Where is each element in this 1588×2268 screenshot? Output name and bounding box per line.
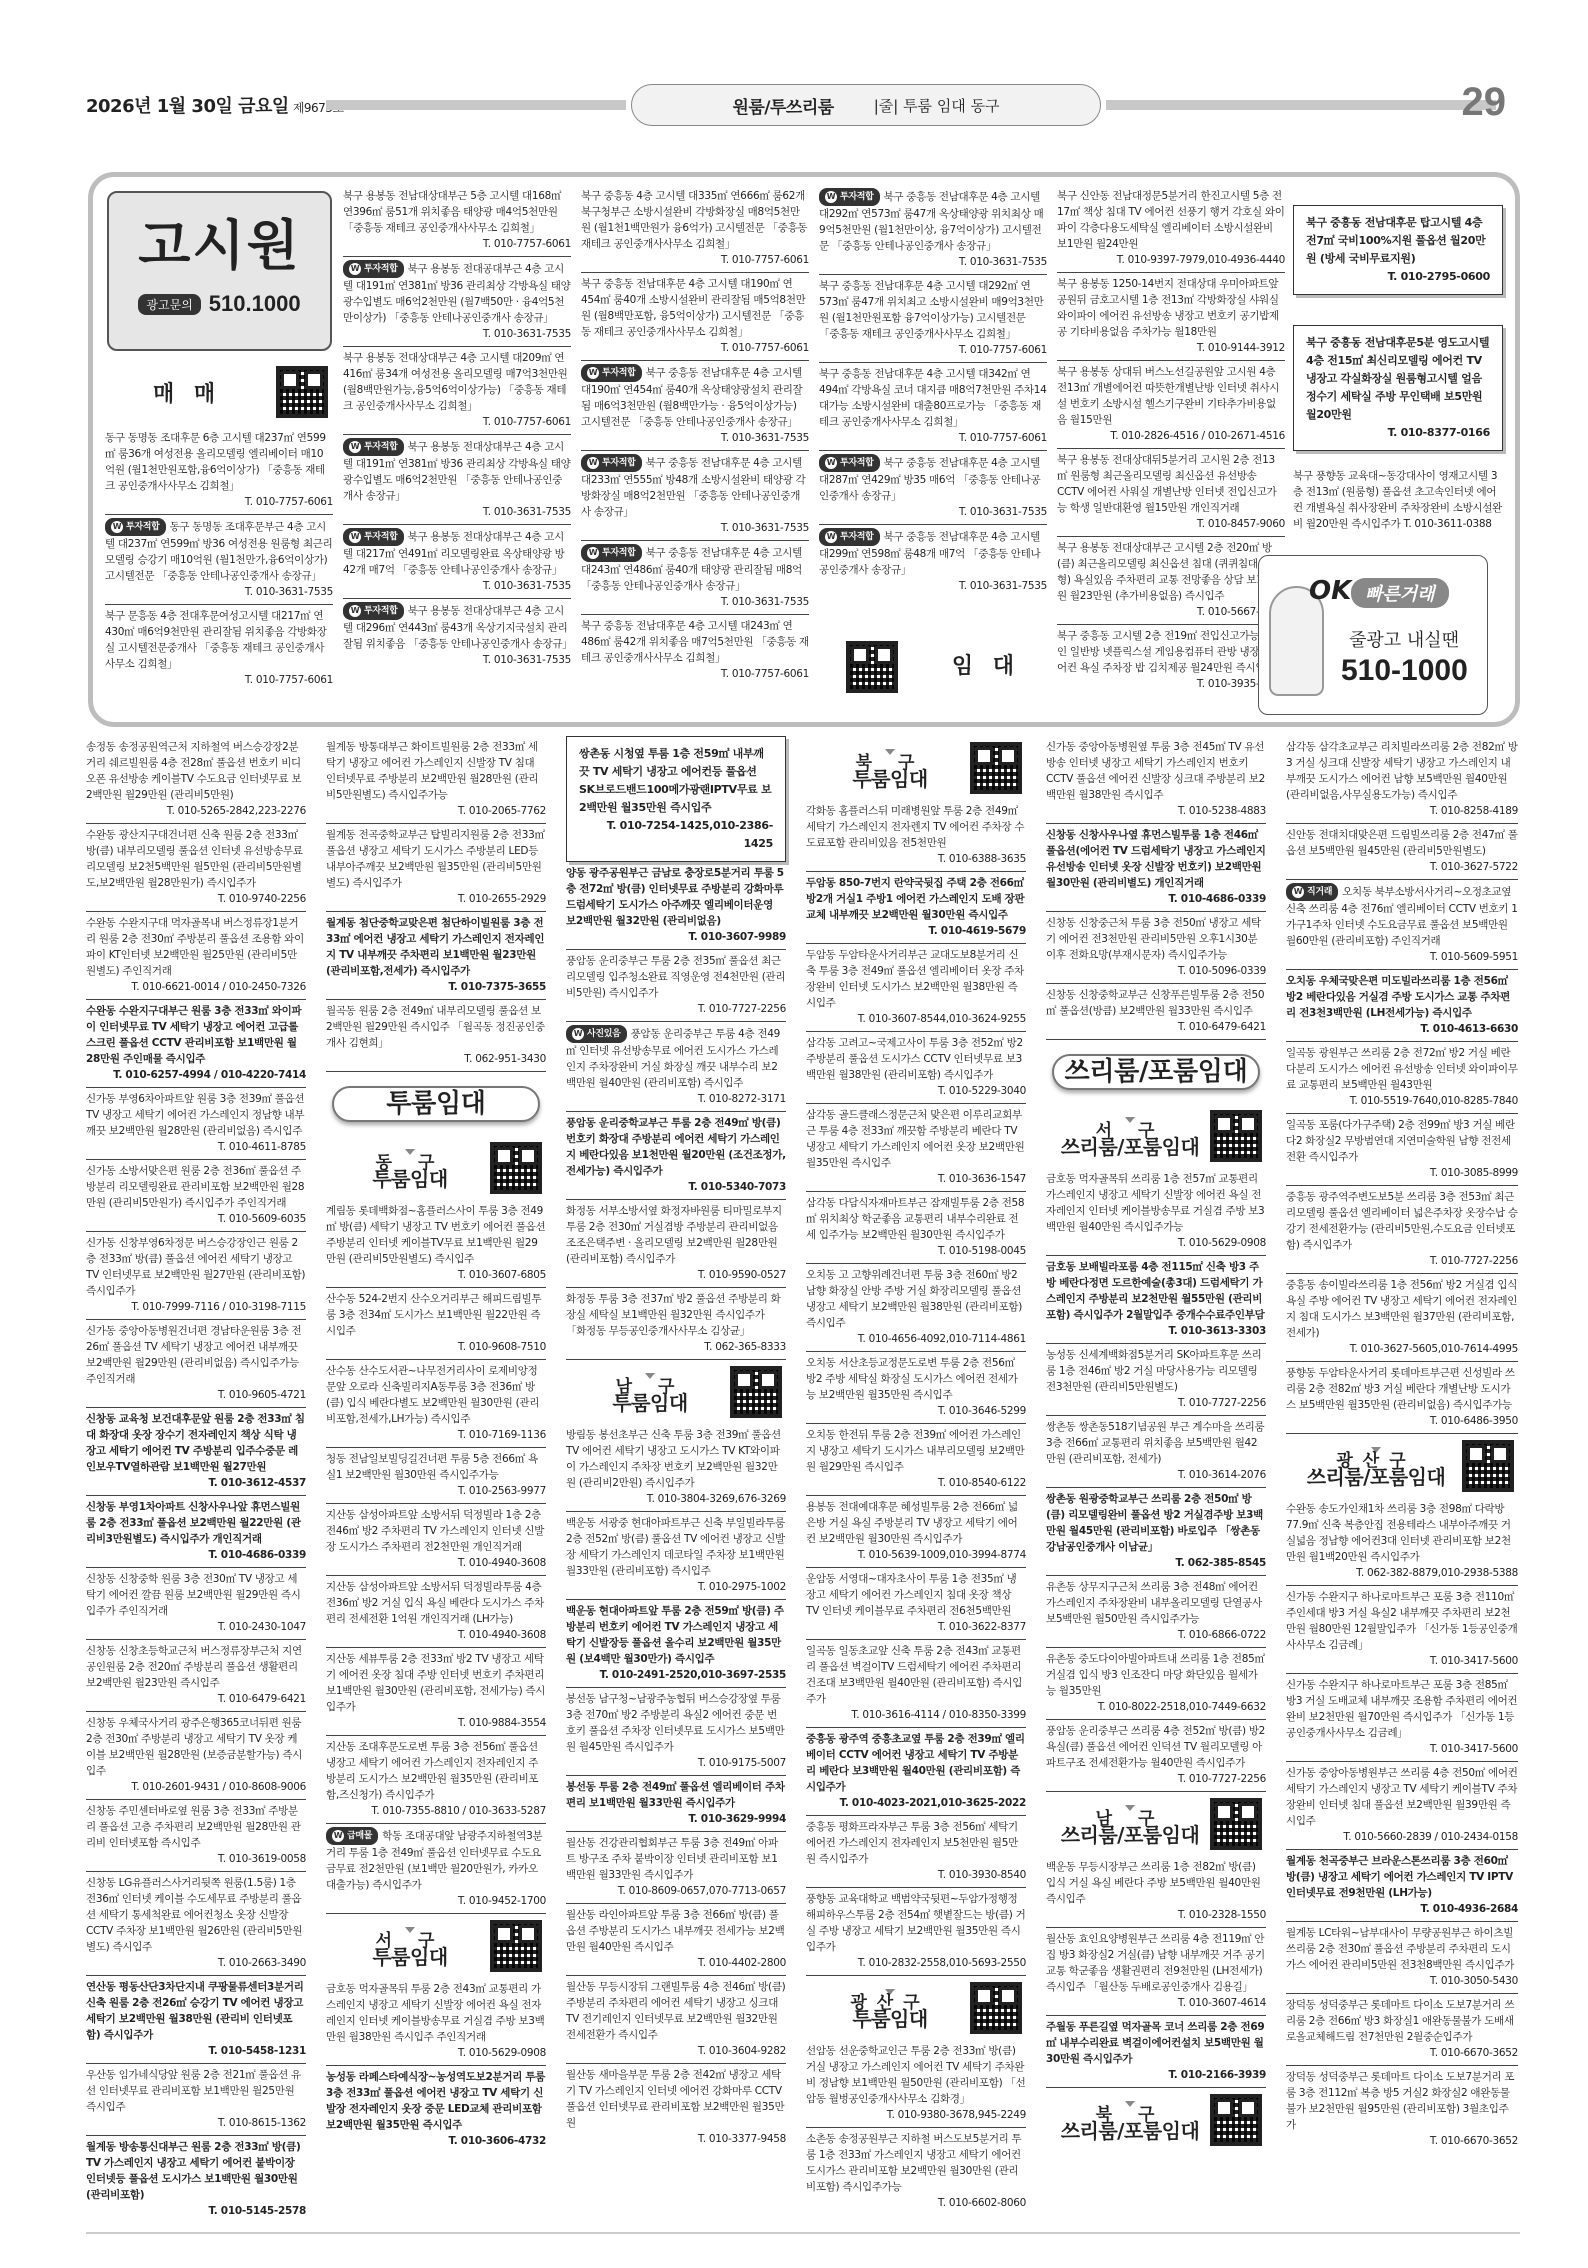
district-heading: 북 구투룸임대: [806, 736, 1026, 800]
listing: 북구 중흥동 4층 고시텔 대335㎡ 연666㎡ 룸62개 북구청부근 소방시…: [581, 185, 809, 273]
listing-text: 중흥동 광주역주변도보5분 쓰리룸 3층 전53㎡ 최근리모델링 풀옵션 엘리베…: [1286, 1191, 1518, 1251]
listing: 월산동 라인아파트앞 투룸 3층 전66㎡ 방(큼) 풀옵션 주방분리 도시가스…: [566, 1904, 786, 1976]
listing-text: 방림동 봉선초부근 신축 투룸 3층 전39㎡ 풀옵션 TV 에어컨 세탁기 냉…: [566, 1429, 781, 1489]
phone-number: T. 010-8258-4189: [1286, 803, 1518, 819]
listing-text: 월산동 새마을부문 투룸 2층 전42㎡ 냉장고 세탁기 TV 가스레인지 인터…: [566, 2069, 784, 2129]
phone-number: T. 010-2826-4516 / 010-2671-4516: [1057, 428, 1285, 444]
phone-number: T. 010-2601-9431 / 010-8608-9006: [86, 1779, 306, 1795]
listing-text: 북구 중흥동 전남대후문 4층 고시텔 대292㎡ 연573㎡ 룸47개 위치최…: [819, 280, 1044, 340]
phone-number: T. 010-8457-9060: [1057, 516, 1285, 532]
qr-code-icon[interactable]: [970, 742, 1022, 794]
listing: 동구 동명동 조대후문 6층 고시텔 대237㎡ 연599㎡ 룸36개 여성전용…: [105, 427, 333, 515]
phone-number: T. 010-5639-1009,010-3994-8774: [806, 1547, 1026, 1563]
phone-number: T. 010-3377-9458: [566, 2131, 786, 2147]
listing: 북구 중흥동 전남대후문 4층 고시텔 대243㎡ 연486㎡ 룸42개 위치좋…: [581, 615, 809, 686]
listing: 월계동 방송통신대부근 원룸 2층 전33㎡ 방(큼) TV 가스레인지 냉장고…: [86, 2136, 306, 2223]
listing: 북구 풍향동 교육대~동강대사이 영재고시텔 3층 전13㎡ (원룸형) 풀옵션…: [1293, 465, 1503, 536]
listing-text: 송정동 송정공원역근처 지하철역 버스승강장2분거리 쉐르빌원룸 4층 전28㎡…: [86, 741, 301, 801]
listing-text: 월산동 건강관리협회부근 투룸 3층 전49㎡ 아파트 방구조 주차 붙박이장 …: [566, 1837, 778, 1881]
phone-number: T. 010-7757-6061: [343, 236, 571, 252]
listing: W직거래오치동 북부소방서사거리~오정초교옆 신축 쓰리룸 4층 전76㎡ 엘리…: [1286, 880, 1518, 970]
listing: 월산동 건강관리협회부근 투룸 3층 전49㎡ 아파트 방구조 주차 붙박이장 …: [566, 1832, 786, 1904]
listing: 유촌동 중도다이아빌아파트내 쓰리룸 1층 전85㎡ 거실겸 입식 방3 인조잔…: [1046, 1648, 1266, 1720]
phone-number: T. 010-4940-3608: [326, 1555, 546, 1571]
listing-text: 풍암동 운리중부근 투룸 2층 전35㎡ 풀옵션 최근리모델링 입주청소완료 직…: [566, 955, 785, 999]
listing: 풍향동 두암타운사거리 롯데마트부근편 신성빌라 쓰리룸 2층 전82㎡ 방3 …: [1286, 1362, 1518, 1434]
listing-text: 북구 중흥동 전남대후문 4층 고시텔 대342㎡ 연494㎡ 각방욕실 코너 …: [819, 368, 1047, 428]
listing-text: 북구 중흥동 전남대후문 4층 고시텔 대190㎡ 연454㎡ 룸40개 소방시…: [581, 278, 806, 338]
listing-text: 북구 용봉동 전대상대부근 고시텔 2층 전20㎡ 방(큼) 최근올리모델링 최…: [1057, 542, 1279, 602]
phone-number: T. 010-3631-7535: [343, 504, 571, 520]
phone-number: T. 010-3613-3303: [1046, 1323, 1266, 1339]
listing-text: 유촌동 중도다이아빌아파트내 쓰리룸 1층 전85㎡ 거실겸 입식 방3 인조잔…: [1046, 1653, 1265, 1697]
header-rule-left: [326, 100, 626, 110]
listing-text: 중흥동 송이빌라쓰리룸 1층 전56㎡ 방2 거실겸 입식 욕실 주방 에어컨 …: [1286, 1279, 1517, 1339]
listing: 월산동 효인요양병원부근 쓰리룸 4층 전119㎡ 안집 방3 화장실2 거실(…: [1046, 1928, 1266, 2016]
listings-col-3: 쌍촌동 시청옆 투룸 1층 전59㎡ 내부깨끗 TV 세탁기 냉장고 에어컨등 …: [566, 736, 786, 2151]
badge-icon: W투자적합: [581, 544, 642, 562]
listing-text: 연산동 평동산단3차단지내 쿠팡물류센터3분거리 신축 원룸 2층 전26㎡ 승…: [86, 1981, 304, 2041]
listing-text: 중흥동 평화프라자부근 투룸 3층 전56㎡ 세탁기 에어컨 가스레인지 전자레…: [806, 1821, 1018, 1865]
listing: 백운동 서광중 현대아파트부근 신축 부일빌라투룸 2층 전52㎡ 방(큼) 풀…: [566, 1512, 786, 1600]
phone-number: T. 010-3631-7535: [581, 520, 809, 536]
listings-col-5: 신가동 중앙아동병원옆 투룸 3층 전45㎡ TV 유선방송 인터넷 냉장고 세…: [1046, 736, 1266, 2152]
phone-number: T. 010-3612-4537: [86, 1475, 306, 1491]
phone-number: T. 010-3622-8377: [806, 1619, 1026, 1635]
sale-heading: 매 매: [113, 362, 328, 422]
listing: 지산동 조대후문도로변 투룸 3층 전56㎡ 풀옵션 냉장고 세탁기 에어컨 가…: [326, 1736, 546, 1824]
district-heading: 남 구쓰리룸/포룸임대: [1046, 1792, 1266, 1856]
phone-number: T. 010-7254-1425,010-2386-1425: [579, 817, 773, 853]
listing: 산수동 524-2번지 산수오거리부근 해피드림빌투룸 3층 전34㎡ 도시가스…: [326, 1288, 546, 1360]
listing-text: 청동 전남일보빌딩길건너편 투룸 5층 전66㎡ 욕실1 보2백만원 월30만원…: [326, 1453, 538, 1481]
qr-code-icon[interactable]: [490, 1920, 542, 1972]
listing-text: 두암동 두암타운사거리부근 교대도보8분거리 신축 투룸 3층 전49㎡ 풀옵션…: [806, 949, 1024, 1009]
phone-number: T. 010-5198-0045: [806, 1243, 1026, 1259]
listing-text: 쌍촌동 쌍촌동518기념공원 부근 계수마을 쓰리룸 3층 전66㎡ 교통편리 …: [1046, 1421, 1264, 1465]
listing-text: 신가동 중앙아동병원건너편 경남타운원룸 3층 전26㎡ 풀옵션 TV 세탁기 …: [86, 1325, 301, 1385]
phone-number: T. 062-951-3430: [326, 1051, 546, 1067]
listing: 장덕동 성덕중부근 롯데마트 다이소 도보7분거리 포룸 3층 전112㎡ 복층…: [1286, 2066, 1518, 2153]
phone-number: T. 010-2563-9977: [326, 1483, 546, 1499]
fast-deal-label: 빠른거래: [1351, 578, 1449, 608]
category-name: 투룸임대: [810, 771, 970, 787]
phone-number: T. 010-7355-8810 / 010-3633-5287: [326, 1803, 546, 1819]
listing-text: 두암동 850-7번지 란약국뒷집 주택 2층 전66㎡ 방2개 거실1 주방1…: [806, 877, 1024, 921]
listing-text: 봉선동 남구청~남광주농협뒤 버스승강장옆 투룸 3층 전70㎡ 방2 주방분리…: [566, 1693, 784, 1753]
badge-icon: W투자적합: [819, 528, 880, 546]
category-name: 투룸임대: [810, 2011, 970, 2027]
listing: 신창동 LG유플러스사거리뒷쪽 원룸(1.5룸) 1층 전36㎡ 인터넷 케이블…: [86, 1872, 306, 1976]
phone-number: T. 010-5660-2839 / 010-2434-0158: [1286, 1829, 1518, 1845]
listing-text: 오치동 한전뒤 투룸 2층 전39㎡ 에어컨 가스레인지 냉장고 세탁기 도시가…: [806, 1429, 1024, 1473]
phone-number: T. 010-3804-3269,676-3269: [566, 1491, 786, 1507]
phone-number: T. 010-7757-6061: [819, 430, 1047, 446]
listing: 풍암동 운리중학교부근 투룸 2층 전49㎡ 방(큼) 번호키 화장대 주방분리…: [566, 1112, 786, 1200]
listing: 신창동 신창중학 원룸 3층 전30㎡ TV 냉장고 세탁기 에어컨 깔끔 원룸…: [86, 1568, 306, 1640]
phone-number: T. 010-3646-5299: [806, 1403, 1026, 1419]
category-name: 쓰리룸/포룸임대: [1050, 1139, 1210, 1155]
listing: W투자적합북구 용봉동 전대상대부근 4층 고시텔 대191㎡ 연381㎡ 방3…: [343, 435, 571, 525]
listing: 북구 중흥동 전남대후문 4층 고시텔 대292㎡ 연573㎡ 룸47개 위치최…: [819, 275, 1047, 363]
listing: 삼각동 고려고~국제고사이 투룸 3층 전52㎡ 방2 주방분리 풀옵션 도시가…: [806, 1032, 1026, 1104]
listing-text: 월계동 방통대부근 화이트빌원룸 2층 전33㎡ 세탁기 냉장고 에어컨 가스레…: [326, 741, 538, 801]
phone-number: T. 010-3607-6805: [326, 1267, 546, 1283]
listing: 중흥동 송이빌라쓰리룸 1층 전56㎡ 방2 거실겸 입식 욕실 주방 에어컨 …: [1286, 1274, 1518, 1362]
badge-icon: W투자적합: [819, 454, 880, 472]
phone-number: T. 010-7757-6061: [581, 666, 809, 682]
district-heading: 동 구투룸임대: [326, 1136, 546, 1200]
listing-text: 중흥동 광주역 중흥초교옆 투룸 2층 전39㎡ 엘리베이터 CCTV 에어컨 …: [806, 1733, 1025, 1793]
listing: 삼각동 다담식자재마트부근 잠재빌투룸 2층 전58㎡ 위치최상 학군좋음 교통…: [806, 1192, 1026, 1264]
phone-number: T. 010-9380-3678,945-2249: [806, 2107, 1026, 2123]
listing: 월계동 첨단중학교맞은편 첨단하이빌원룸 3층 전33㎡ 에어컨 냉장고 세탁기…: [326, 912, 546, 1000]
listing: 송정동 송정공원역근처 지하철역 버스승강장2분거리 쉐르빌원룸 4층 전28㎡…: [86, 736, 306, 824]
listing: 풍향동 교육대학교 백범약국뒷편~두암가정행정 해피하우스투룸 2층 전54㎡ …: [806, 1888, 1026, 1976]
listing-text: 북구 중흥동 고시텔 2층 전19㎡ 전입신고가능 직장인 일반방 넷플릭스설 …: [1057, 630, 1282, 674]
listing: 오치동 한전뒤 투룸 2층 전39㎡ 에어컨 가스레인지 냉장고 세탁기 도시가…: [806, 1424, 1026, 1496]
qr-code-icon[interactable]: [1210, 1110, 1262, 1162]
listing: W투자적합북구 용봉동 전대상대부근 4층 고시텔 대296㎡ 연443㎡ 룸4…: [343, 599, 571, 672]
footer-rule: [86, 2232, 1520, 2234]
listing-text: 북구 용봉동 전대상대뒤5분거리 고시원 2층 전13㎡ 원룸형 최근올리모델링…: [1057, 454, 1276, 514]
phone-number: T. 010-3627-5605,010-7614-4995: [1286, 1341, 1518, 1357]
phone-number: T. 010-6602-8060: [806, 2195, 1026, 2211]
listing-text: 백운동 현대아파트앞 투룸 2층 전59㎡ 방(큼) 주방분리 번호키 에어컨 …: [566, 1605, 784, 1665]
qr-code-icon[interactable]: [276, 366, 328, 418]
listing-text: 신가동 중앙아동병원부근 쓰리룸 4층 전50㎡ 에어컨 세탁기 가스레인지 냉…: [1286, 1767, 1518, 1827]
phone-number: T. 010-9740-2256: [86, 891, 306, 907]
listing-text: 소촌동 송정공원부근 지하철 버스도보5분거리 투룸 1층 전33㎡ 가스레인지…: [806, 2133, 1021, 2193]
gosiwon-col-1: 동구 동명동 조대후문 6층 고시텔 대237㎡ 연599㎡ 룸36개 여성전용…: [105, 427, 333, 692]
listing: 유촌동 상무지구근처 쓰리룸 3층 전48㎡ 에어컨 가스레인지 주차장완비 내…: [1046, 1576, 1266, 1648]
listing: 지산동 삼성아파트앞 소방서뒤 덕정빌라 1층 2층 전46㎡ 방2 주차편리 …: [326, 1504, 546, 1576]
inquiry-number: 510.1000: [209, 291, 301, 317]
listing-text: 백운동 무등시장부근 쓰리룸 1층 전82㎡ 방(큼) 입식 거실 욕실 베란다…: [1046, 1861, 1261, 1905]
page-header: 2026년 1월 30일 금요일제9673호 원룸/투쓰리룸 |줄| 투룸 임대…: [86, 82, 1506, 128]
header-rule-right: [1106, 100, 1496, 110]
phone-number: T. 010-5265-2842,223-2276: [86, 803, 306, 819]
badge-icon: W투자적합: [343, 438, 404, 456]
phone-number: T. 010-7757-6061: [819, 342, 1047, 358]
listing: 북구 신안동 전남대정문5분거리 한진고시텔 5층 전17㎡ 책상 침대 TV …: [1057, 185, 1285, 273]
listing: 신창동 부영1차아파트 신창사우나앞 휴먼스빌원룸 2층 전33㎡ 풀옵션 보2…: [86, 1496, 306, 1568]
listing: 수완동 송도가인채1차 쓰리룸 3층 전98㎡ 다락방 77.9㎡ 신축 복층안…: [1286, 1498, 1518, 1586]
phone-number: T. 010-9590-0527: [566, 1267, 786, 1283]
ok-fast-deal-ad: OK 빠른거래 줄광고 내실땐 510-1000: [1258, 555, 1488, 715]
qr-code-icon[interactable]: [970, 1982, 1022, 2034]
listing: 신창동 신창초등학교근처 버스정류장부근처 지연공인원룸 2층 전20㎡ 주방분…: [86, 1640, 306, 1712]
listing: 삼각동 삼각초교부근 리치빌라쓰리룸 2층 전82㎡ 방3 거실 싱크대 신발장…: [1286, 736, 1518, 824]
listing-text: 운암동 서영대~대자초사이 투룸 1층 전35㎡ 냉장고 세탁기 에어컨 가스레…: [806, 1573, 1017, 1617]
listing: 각화동 홈플러스뒤 미래병원앞 투룸 2층 전49㎡ 세탁기 가스레인지 전자렌…: [806, 800, 1026, 872]
phone-number: T. 010-6479-6421: [1046, 1019, 1266, 1035]
listing-text: 장덕동 성덕중부근 롯데마트 다이소 도보7분거리 쓰리룸 2층 전66㎡ 방3…: [1286, 1999, 1514, 2043]
district-heading: 북 구쓰리룸/포룸임대: [1046, 2088, 1266, 2152]
listing-text: 금호동 먹자골목뒤 쓰리룸 1층 전57㎡ 교통편리 가스레인지 냉장고 세탁기…: [1046, 1173, 1264, 1233]
qr-code-icon[interactable]: [1210, 2094, 1262, 2146]
listing-text: 북구 신안동 전남대정문5분거리 한진고시텔 5층 전17㎡ 책상 침대 TV …: [1057, 190, 1285, 250]
phone-number: T. 010-5629-0908: [326, 2045, 546, 2061]
phone-number: T. 010-5096-0339: [1046, 963, 1266, 979]
phone-number: T. 010-3085-8999: [1286, 1165, 1518, 1181]
phone-number: T. 010-7757-6061: [581, 252, 809, 268]
listings-col-2: 월계동 방통대부근 화이트빌원룸 2층 전33㎡ 세탁기 냉장고 에어컨 가스레…: [326, 736, 546, 2153]
listing-text: 일곡동 광원부근 쓰리룸 2층 전72㎡ 방2 거실 베란다분리 도시가스 에어…: [1286, 1047, 1518, 1091]
listing: 장덕동 성덕중부근 롯데마트 다이소 도보7분거리 쓰리룸 2층 전66㎡ 방3…: [1286, 1994, 1518, 2066]
phone-number: T. 010-3631-7535: [581, 430, 809, 446]
category-banner: 쓰리룸/포룸임대: [1052, 1054, 1260, 1090]
phone-number: T. 010-2328-1550: [1046, 1907, 1266, 1923]
listing: 백운동 무등시장부근 쓰리룸 1층 전82㎡ 방(큼) 입식 거실 욕실 베란다…: [1046, 1856, 1266, 1928]
phone-number: T. 010-7757-6061: [105, 672, 333, 688]
phone-number: T. 010-4940-3608: [326, 1627, 546, 1643]
qr-code-icon[interactable]: [1210, 1798, 1262, 1850]
phone-number: T. 010-4613-6630: [1286, 1021, 1518, 1037]
gosiwon-col-2: 북구 용봉동 전남대상대부근 5층 고시텔 대168㎡ 연396㎡ 룸51개 위…: [343, 185, 571, 672]
phone-number: T. 010-3614-2076: [1046, 1467, 1266, 1483]
inquiry-label: 광고문의: [138, 294, 200, 315]
badge-icon: W투자적합: [581, 454, 642, 472]
district-heading: 서 구투룸임대: [326, 1914, 546, 1978]
listing-text: 북구 중흥동 4층 고시텔 대335㎡ 연666㎡ 룸62개 북구청부근 소방시…: [581, 190, 807, 250]
listing: 중흥동 광주역주변도보5분 쓰리룸 3층 전53㎡ 최근리모델링 풀옵션 엘리베…: [1286, 1186, 1518, 1274]
listing: 일곡동 포룸(다가구주택) 2층 전99㎡ 방3 거실 베란다2 화장실2 무방…: [1286, 1114, 1518, 1186]
badge-icon: W사진있음: [566, 1025, 627, 1043]
rental-listings: 송정동 송정공원역근처 지하철역 버스승강장2분거리 쉐르빌원룸 4층 전28㎡…: [86, 736, 1520, 2236]
category-name: 쓰리룸/포룸임대: [1050, 2123, 1210, 2139]
phone-number: T. 010-3417-5600: [1286, 1741, 1518, 1757]
badge-icon: W투자적합: [581, 364, 642, 382]
phone-number: T. 010-4656-4092,010-7114-4861: [806, 1331, 1026, 1347]
listing: 신가동 수완지구 하나로마트부근 포룸 3층 전110㎡ 주인세대 방3 거실 …: [1286, 1586, 1518, 1674]
listing-text: 농성동 라페스타예식장~농성역도보2분거리 투룸 3층 전33㎡ 풀옵션 에어컨…: [326, 2071, 545, 2131]
listing-text: 백운동 서광중 현대아파트부근 신축 부일빌라투룸 2층 전52㎡ 방(큼) 풀…: [566, 1517, 785, 1577]
listing: 월계동 천곡중부근 브라운스톤쓰리룸 3층 전60㎡ 방(큼) 냉장고 세탁기 …: [1286, 1850, 1518, 1922]
gosiwon-col-4: W투자적합북구 중흥동 전남대후문 4층 고시텔 대292㎡ 연573㎡ 룸47…: [819, 185, 1047, 598]
listing-text: 신창동 교육청 보건대후문앞 원룸 2층 전33㎡ 침대 화장대 옷장 장수기 …: [86, 1413, 305, 1473]
listing-text: 산수동 524-2번지 산수오거리부근 해피드림빌투룸 3층 전34㎡ 도시가스…: [326, 1293, 541, 1337]
listing: 금호동 보배빌라포룸 4층 전115㎡ 신축 방3 주방 베란다정면 도르한예술…: [1046, 1256, 1266, 1344]
listing-text: 지산동 삼성아파트앞 소방서뒤 덕정빌라 1층 2층 전46㎡ 방2 주차편리 …: [326, 1509, 544, 1553]
listing: 월곡동 원룸 2층 전49㎡ 내부리모델링 풀옵션 보2백만원 월29만원 즉시…: [326, 1000, 546, 1072]
listing-text: 신창동 신창초등학교근처 버스정류장부근처 지연공인원룸 2층 전20㎡ 주방분…: [86, 1645, 302, 1689]
qr-code-icon[interactable]: [490, 1142, 542, 1194]
listing: 신가동 중앙아동병원건너편 경남타운원룸 3층 전26㎡ 풀옵션 TV 세탁기 …: [86, 1320, 306, 1408]
phone-number: T. 010-5609-6035: [86, 1211, 306, 1227]
listing-text: 월계동 천곡중부근 브라운스톤쓰리룸 3층 전60㎡ 방(큼) 냉장고 세탁기 …: [1286, 1855, 1513, 1899]
listing: 신창동 우체국사거리 광주은행365코너뒤편 원룸 2층 전30㎡ 주방분리 냉…: [86, 1712, 306, 1800]
qr-code-icon[interactable]: [730, 1366, 782, 1418]
phone-number: T. 010-6621-0014 / 010-2450-7326: [86, 979, 306, 995]
listing-text: 신창동 신창중학 원룸 3층 전30㎡ TV 냉장고 세탁기 에어컨 깔끔 원룸…: [86, 1573, 301, 1617]
listing: 일곡동 일동초교앞 신축 투룸 2층 전43㎡ 교통편리 풀옵션 벽걸이TV 드…: [806, 1640, 1026, 1728]
listing-text: 신가동 수완지구 하나로마트부근 포룸 3층 전110㎡ 주인세대 방3 거실 …: [1286, 1591, 1517, 1651]
listing-text: 삼각동 고려고~국제고사이 투룸 3층 전52㎡ 방2 주방분리 풀옵션 도시가…: [806, 1037, 1023, 1081]
section-banner: 원룸/투쓰리룸 |줄| 투룸 임대 동구: [631, 84, 1101, 126]
district-heading: 남 구투룸임대: [566, 1360, 786, 1424]
listing-text: 봉선동 투룸 2층 전49㎡ 풀옵션 엘리베이터 주차편리 보1백만원 월33만…: [566, 1781, 785, 1809]
phone-number: T. 010-2832-2558,010-5693-2550: [806, 1955, 1026, 1971]
listing: 북구 용봉동 상대뒤 버스노선길공원앞 고시원 4층 전13㎡ 개별에어컨 따뜻…: [1057, 361, 1285, 449]
phone-number: T. 010-7727-2256: [1046, 1771, 1266, 1787]
listing-text: 수완동 수완지구대 먹자골목내 버스정류장1분거리 원룸 2층 전30㎡ 주방분…: [86, 917, 304, 977]
listing-text: 월계동 방송통신대부근 원룸 2층 전33㎡ 방(큼) TV 가스레인지 냉장고…: [86, 2141, 300, 2201]
listing: W급매물학동 조대공대앞 남광주지하철역3분거리 투룸 1층 전49㎡ 풀옵션 …: [326, 1824, 546, 1914]
listing-text: 신안동 전대치대맞은편 드림빌쓰리룸 2층 전47㎡ 풀옵션 보5백만원 월45…: [1286, 829, 1518, 857]
listing-text: 유촌동 상무지구근처 쓰리룸 3층 전48㎡ 에어컨 가스레인지 주차장완비 내…: [1046, 1581, 1262, 1625]
listing-text: 신가동 신창부영6차정문 버스승강장인근 원룸 2층 전33㎡ 방(큼) 풀옵션…: [86, 1237, 305, 1297]
listing-text: 일곡동 포룸(다가구주택) 2층 전99㎡ 방3 거실 베란다2 화장실2 무방…: [1286, 1119, 1515, 1163]
phone-number: T. 010-2166-3939: [1046, 2067, 1266, 2083]
listing: W투자적합북구 용봉동 전대상대부근 4층 고시텔 대217㎡ 연491㎡ 리모…: [343, 525, 571, 599]
listing-text: 풍암동 운리중학교부근 투룸 2층 전49㎡ 방(큼) 번호키 화장대 주방분리…: [566, 1117, 786, 1177]
listing: 수완동 광산지구대건너편 신축 원룸 2층 전33㎡ 방(큼) 내부리모델링 풀…: [86, 824, 306, 912]
listing: 용봉동 전대예대후문 혜성빌투룸 2층 전66㎡ 넓은방 거실 욕실 주방분리 …: [806, 1496, 1026, 1568]
phone-number: T. 010-5667-7968: [1057, 604, 1285, 620]
listing: 신안동 전대치대맞은편 드림빌쓰리룸 2층 전47㎡ 풀옵션 보5백만원 월45…: [1286, 824, 1518, 880]
phone-number: T. 010-6257-4994 / 010-4220-7414: [86, 1067, 306, 1083]
listing-text: 오치동 우체국맞은편 미도빌라쓰리룸 1층 전56㎡ 방2 베란다있음 거실겸 …: [1286, 975, 1510, 1019]
listing-text: 삼각동 삼각초교부근 리치빌라쓰리룸 2층 전82㎡ 방3 거실 싱크대 신발장…: [1286, 741, 1518, 801]
phone-number: T. 010-3631-7535: [581, 594, 809, 610]
phone-number: T. 010-3607-9989: [566, 929, 786, 945]
listing-text: 계림동 롯데백화점~홈플러스사이 투룸 3층 전49㎡ 방(큼) 세탁기 냉장고…: [326, 1205, 545, 1265]
ad-line: 줄광고 내실땐: [1349, 626, 1459, 652]
listing-text: 동구 동명동 조대후문 6층 고시텔 대237㎡ 연599㎡ 룸36개 여성전용…: [105, 432, 326, 492]
phone-number: T. 010-3636-1547: [806, 1171, 1026, 1187]
listing: 오치동 서산초등교정문도로변 투룸 2층 전56㎡ 방2 주방 세탁실 화장실 …: [806, 1352, 1026, 1424]
badge-icon: W투자적합: [819, 188, 880, 206]
listing: 월계동 LC타워~남부대사이 무량공원부근 하이츠빌쓰리룸 2층 전30㎡ 풀옵…: [1286, 1922, 1518, 1994]
listing: 북구 용봉동 전대상대부근 고시텔 2층 전20㎡ 방(큼) 최근올리모델링 최…: [1057, 537, 1285, 625]
phone-number: T. 010-3629-9994: [566, 1811, 786, 1827]
listing: 오치동 고 고향위례건너편 투룸 3층 전60㎡ 방2 남향 화장실 안방 주방…: [806, 1264, 1026, 1352]
listing-text: 화정동 서부소방서옆 화정자바원룸 티마밀로부지 투룸 2층 전30㎡ 거실겸방…: [566, 1205, 782, 1265]
ok-text: OK: [1309, 576, 1351, 606]
listing-text: 북구 용봉동 전대상대부근 4층 고시텔 대209㎡ 연416㎡ 룸34개 여성…: [343, 352, 568, 412]
listing-text: 우산동 임가네식당앞 원룸 2층 전21㎡ 풀옵션 유선 인터넷무료 관리비포함…: [86, 2069, 301, 2113]
listing: 신창동 신창사우나옆 휴먼스빌투룸 1층 전46㎡ 풀옵션(에어컨 TV 드럼세…: [1046, 824, 1266, 912]
listing: W투자적합동구 동명동 조대후문부근 4층 고시텔 대237㎡ 연599㎡ 방3…: [105, 515, 333, 605]
category-name: 쓰리룸/포룸임대: [1050, 1827, 1210, 1843]
listing-text: 신가동 소방서맞은편 원룸 2층 전36㎡ 풀옵션 주방분리 리모델링완료 관리…: [86, 1165, 304, 1209]
listing-text: 지산동 조대후문도로변 투룸 3층 전56㎡ 풀옵션 냉장고 세탁기 에어컨 가…: [326, 1741, 538, 1801]
listing: 일곡동 광원부근 쓰리룸 2층 전72㎡ 방2 거실 베란다분리 도시가스 에어…: [1286, 1042, 1518, 1114]
listing: 봉선동 투룸 2층 전49㎡ 풀옵션 엘리베이터 주차편리 보1백만원 월33만…: [566, 1776, 786, 1832]
listing: 신가동 부영6차아파트앞 원룸 3층 전39㎡ 풀옵션 TV 냉장고 세탁기 에…: [86, 1088, 306, 1160]
listing-text: 신창동 주민센터바로옆 원룸 3층 전33㎡ 주방분리 풀옵션 고층 주차편리 …: [86, 1805, 301, 1849]
category-name: 투룸임대: [330, 1171, 490, 1187]
listing-text: 신창동 부영1차아파트 신창사우나앞 휴먼스빌원룸 2층 전33㎡ 풀옵션 보2…: [86, 1501, 301, 1545]
phone-number: T. 010-3417-5600: [1286, 1653, 1518, 1669]
listing: 연산동 평동산단3차단지내 쿠팡물류센터3분거리 신축 원룸 2층 전26㎡ 승…: [86, 1976, 306, 2064]
phone-number: T. 010-8272-3171: [566, 1091, 786, 1107]
listing: 금호동 먹자골목뒤 투룸 2층 전43㎡ 교통편리 가스레인지 냉장고 세탁기 …: [326, 1978, 546, 2066]
ad-inquiry: 광고문의 510.1000: [109, 291, 330, 317]
phone-number: T. 010-9175-5007: [566, 1755, 786, 1771]
phone-number: T. 010-5629-0908: [1046, 1235, 1266, 1251]
qr-code-icon[interactable]: [1462, 1440, 1514, 1492]
listing-text: 수완동 광산지구대건너편 신축 원룸 2층 전33㎡ 방(큼) 내부리모델링 풀…: [86, 829, 303, 889]
listing-text: 풍향동 두암타운사거리 롯데마트부근편 신성빌라 쓰리룸 2층 전82㎡ 방3 …: [1286, 1367, 1515, 1411]
phone-number: T. 010-7375-3655: [326, 979, 546, 995]
phone-number: T. 062-365-8333: [566, 1339, 786, 1355]
listing: 북구 문흥동 4층 전대후문여성고시텔 대217㎡ 연430㎡ 매6억9천만원 …: [105, 605, 333, 692]
phone-number: T. 010-2491-2520,010-3697-2535: [566, 1667, 786, 1683]
listings-col-6: 삼각동 삼각초교부근 리치빌라쓰리룸 2층 전82㎡ 방3 거실 싱크대 신발장…: [1286, 736, 1518, 2153]
listing: 청동 전남일보빌딩길건너편 투룸 5층 전66㎡ 욕실1 보2백만원 월30만원…: [326, 1448, 546, 1504]
listing: 백운동 현대아파트앞 투룸 2층 전59㎡ 방(큼) 주방분리 번호키 에어컨 …: [566, 1600, 786, 1688]
listing: 북구 중흥동 고시텔 2층 전19㎡ 전입신고가능 직장인 일반방 넷플릭스설 …: [1057, 625, 1285, 696]
phone-number: T. 010-7727-2256: [566, 1001, 786, 1017]
phone-number: T. 010-6670-3652: [1286, 2045, 1518, 2061]
listing-text: 신가동 수완지구 하나로마트부근 포룸 3층 전85㎡ 방3 거실 도배교체 내…: [1286, 1679, 1517, 1739]
listing: 쌍촌동 원광중학교부근 쓰리룸 2층 전50㎡ 방(큼) 리모델링완비 풀옵션 …: [1046, 1488, 1266, 1576]
listing: 월산동 무등시장뒤 그랜빌투룸 4층 전46㎡ 방(큼) 주방분리 주차편리 에…: [566, 1976, 786, 2064]
phone-number: T. 010-3631-7535: [105, 584, 333, 600]
listing-text: 신창동 LG유플러스사거리뒷쪽 원룸(1.5룸) 1층 전36㎡ 인터넷 케이블…: [86, 1877, 302, 1953]
listing: W투자적합북구 용봉동 전대공대부근 4층 고시텔 대191㎡ 연381㎡ 방3…: [343, 257, 571, 347]
phone-number: T. 010-5609-5951: [1286, 949, 1518, 965]
phone-number: T. 010-4686-0339: [1046, 891, 1266, 907]
badge-icon: W투자적합: [343, 602, 404, 620]
phone-number: T. 010-6388-3635: [806, 851, 1026, 867]
listing-text: 신창동 신창중근처 투룸 3층 전50㎡ 냉장고 세탁기 에어컨 전3천만원 관…: [1046, 917, 1261, 961]
section-title: 원룸/투쓰리룸: [732, 93, 833, 118]
listing: 신창동 교육청 보건대후문앞 원룸 2층 전33㎡ 침대 화장대 옷장 장수기 …: [86, 1408, 306, 1496]
listing: 산수동 산수도서관~나무전거리사이 로제비앙정문앞 오로라 신축빌리지A동투룸 …: [326, 1360, 546, 1448]
listing-text: 용봉동 전대예대후문 혜성빌투룸 2층 전66㎡ 넓은방 거실 욕실 주방분리 …: [806, 1501, 1018, 1545]
listing: 오치동 우체국맞은편 미도빌라쓰리룸 1층 전56㎡ 방2 베란다있음 거실겸 …: [1286, 970, 1518, 1042]
listing-text: 북구 중흥동 전남대후문 4층 고시텔 대243㎡ 연486㎡ 룸42개 위치좋…: [581, 620, 809, 664]
listing: 양동 광주공원부근 금남로 충장로5분거리 투룸 5층 전72㎡ 방(큼) 인터…: [566, 862, 786, 950]
listing: 월계동 전곡중학교부근 탑빌리지원룸 2층 전33㎡ 풀옵션 냉장고 세탁기 도…: [326, 824, 546, 912]
listing-text: 삼각동 골드클래스정문근처 맞은편 이루리교회부근 투룸 4층 전33㎡ 깨끗함…: [806, 1109, 1024, 1169]
listing: 봉선동 남구청~남광주농협뒤 버스승강장옆 투룸 3층 전70㎡ 방2 주방분리…: [566, 1688, 786, 1776]
phone-number: T. 010-4936-2684: [1286, 1901, 1518, 1917]
phone-number: T. 010-3627-5722: [1286, 859, 1518, 875]
phone-number: T. 010-2655-2929: [326, 891, 546, 907]
listing: 주월동 푸른길옆 먹자골목 코너 쓰리룸 2층 전69㎡ 내부수리완료 벽걸이에…: [1046, 2016, 1266, 2088]
boxed-ad: 북구 중흥동 전남대후문5분 영도고시텔 4층 전15㎡ 최신리모델링 에어컨 …: [1293, 325, 1503, 451]
phone-number: T. 062-382-8879,010-2938-5388: [1286, 1565, 1518, 1581]
phone-number: T. 010-9144-3912: [1057, 340, 1285, 356]
listing-text: 북구 용봉동 상대뒤 버스노선길공원앞 고시원 4층 전13㎡ 개별에어컨 따뜻…: [1057, 366, 1279, 426]
listings-col-1: 송정동 송정공원역근처 지하철역 버스승강장2분거리 쉐르빌원룸 4층 전28㎡…: [86, 736, 306, 2223]
listing: 월계동 방통대부근 화이트빌원룸 2층 전33㎡ 세탁기 냉장고 에어컨 가스레…: [326, 736, 546, 824]
boxed-ad: 북구 중흥동 전남대후문 탑고시텔 4층 전7㎡ 국비100%지원 풀옵션 월2…: [1293, 205, 1503, 295]
qr-code-icon[interactable]: [846, 641, 898, 693]
phone-number: T. 010-4619-5679: [806, 923, 1026, 939]
listing-text: 월산동 라인아파트앞 투룸 3층 전66㎡ 방(큼) 풀옵션 주방분리 도시가스…: [566, 1909, 784, 1953]
listing: W사진있음풍암동 운리중부근 투룸 4층 전49㎡ 인터넷 유선방송무료 에어컨…: [566, 1022, 786, 1112]
phone-number: T. 010-7757-6061: [581, 340, 809, 356]
listing-text: 삼각동 다담식자재마트부근 잠재빌투룸 2층 전58㎡ 위치최상 학군좋음 교통…: [806, 1197, 1024, 1241]
listing: 지산동 삼성아파트앞 소방서뒤 덕정빌라투룸 4층 전36㎡ 방2 거실 입식 …: [326, 1576, 546, 1648]
listing-text: 신가동 중앙아동병원옆 투룸 3층 전45㎡ TV 유선방송 인터넷 냉장고 세…: [1046, 741, 1265, 801]
listing-text: 신창동 우체국사거리 광주은행365코너뒤편 원룸 2층 전30㎡ 주방분리 냉…: [86, 1717, 302, 1777]
listing: 북구 용봉동 전남대상대부근 5층 고시텔 대168㎡ 연396㎡ 룸51개 위…: [343, 185, 571, 257]
phone-number: T. 010-7757-6061: [105, 494, 333, 510]
listing: 신가동 신창부영6차정문 버스승강장인근 원룸 2층 전33㎡ 방(큼) 풀옵션…: [86, 1232, 306, 1320]
listing: W투자적합북구 중흥동 전남대후문 4층 고시텔 대190㎡ 연454㎡ 룸40…: [581, 361, 809, 451]
listing: 화정동 서부소방서옆 화정자바원룸 티마밀로부지 투룸 2층 전30㎡ 거실겸방…: [566, 1200, 786, 1288]
listing: 농성동 신세계백화점5분거리 SK아파트후문 쓰리룸 1층 전46㎡ 방2 거실…: [1046, 1344, 1266, 1416]
badge-icon: W투자적합: [343, 528, 404, 546]
listing: 신가동 수완지구 하나로마트부근 포룸 3층 전85㎡ 방3 거실 도배교체 내…: [1286, 1674, 1518, 1762]
listing: 신창동 주민센터바로옆 원룸 3층 전33㎡ 주방분리 풀옵션 고층 주차편리 …: [86, 1800, 306, 1872]
